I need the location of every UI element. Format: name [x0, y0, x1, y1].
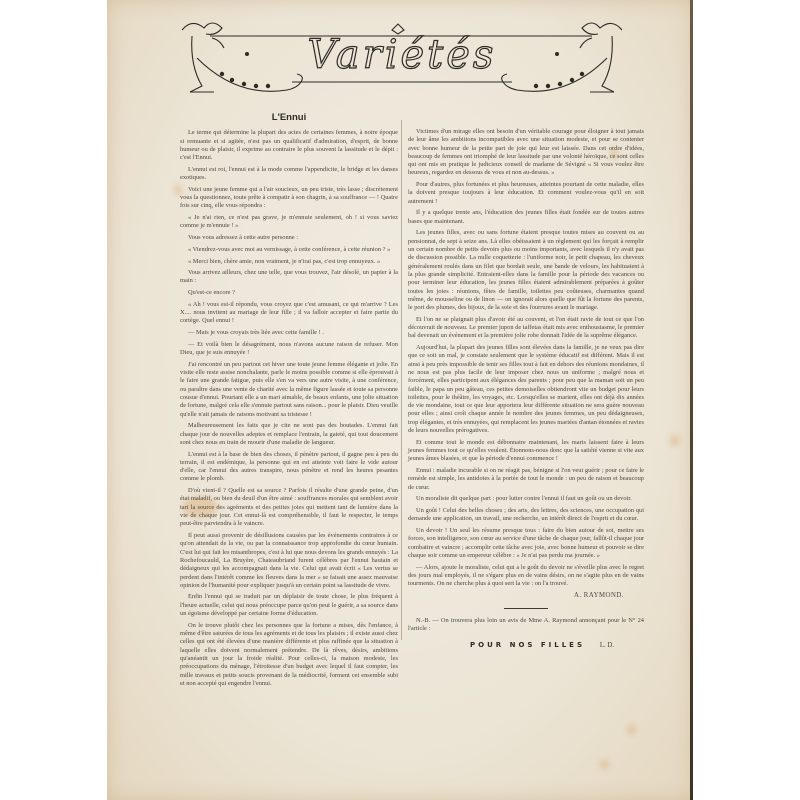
article-paragraph: Qu'est-ce encore ?	[180, 289, 398, 297]
article-paragraph: Vous vous adressez à cette autre personn…	[180, 234, 398, 242]
section-title: Variétés	[152, 32, 652, 78]
article-paragraph: L'ennui est roi, l'ennui est à la mode c…	[180, 166, 398, 183]
announced-article-title: POUR NOS FILLES	[470, 641, 585, 649]
article-paragraph: « Viendrez-vous avec moi au vernissage, …	[180, 246, 398, 254]
paper-stain	[600, 760, 609, 769]
article-paragraph: Voici une jeune femme qui a l'air soucie…	[180, 186, 398, 211]
article-paragraph: Et comme tout le monde est débonnaire ma…	[408, 439, 644, 464]
author-signature: A. RAYMOND.	[408, 592, 624, 600]
note-signature: L. D.	[600, 642, 614, 650]
article-paragraph: Ennui : maladie incurable si on ne réagi…	[408, 467, 644, 492]
article-paragraph: Malheureusement les faits que je cite ne…	[180, 422, 398, 447]
article-paragraph: — Alors, ajoute le moraliste, celui qui …	[408, 564, 644, 589]
article-paragraph: Et l'on ne se plaignait plus d'avoir été…	[408, 316, 644, 341]
newspaper-page: Variétés L'Ennui Le terme qui détermine …	[107, 0, 693, 800]
article-title: L'Ennui	[180, 114, 398, 122]
article-paragraph: On le trouve plutôt chez les personnes q…	[180, 622, 398, 688]
article-paragraph: « Ah ! vous est-il répondu, vous croyez …	[180, 301, 398, 326]
paper-stain	[627, 725, 636, 734]
article-paragraph: Un moraliste dit quelque part : pour lut…	[408, 495, 644, 503]
article-paragraph: Enfin l'ennui qui se traduit par un dépl…	[180, 593, 398, 618]
article-paragraph: — Et voilà bien le désagrément, nous n'a…	[180, 341, 398, 358]
editor-note: N.-B. — On trouvera plus loin un avis de…	[408, 617, 644, 634]
article-paragraph: J'ai rencontré un peu partout cet hiver …	[180, 361, 398, 419]
article-paragraph: L'ennui est à la base de bien des choses…	[180, 451, 398, 484]
article-paragraph: « Merci bien, chère amie, non vraiment, …	[180, 258, 398, 266]
article-paragraph: « Je n'ai rien, ce n'est pas grave, je m…	[180, 214, 398, 231]
article-paragraph: Les jeunes filles, avec ou sans fortune …	[408, 229, 644, 312]
article-paragraph: Un goût ! Celui des belles choses ; des …	[408, 507, 644, 524]
column-divider	[401, 120, 402, 640]
article-paragraph: Vous arrivez ailleurs, chez une telle, q…	[180, 269, 398, 286]
article-paragraph: Le terme qui détermine la plupart des ac…	[180, 129, 398, 162]
article-paragraph: Aujourd'hui, la plupart des jeunes fille…	[408, 344, 644, 435]
article-paragraph: Il y a quelque trente ans, l'éducation d…	[408, 209, 644, 226]
paper-stain	[670, 435, 679, 446]
article-paragraph: Pour d'autres, plus fortunées et plus he…	[408, 181, 644, 206]
article-paragraph: D'où vient-il ? Quelle est sa source ? P…	[180, 487, 398, 528]
article-left-column: L'Ennui Le terme qui détermine la plupar…	[180, 108, 398, 692]
article-paragraph: Victimes d'un mirage elles ont besoin d'…	[408, 128, 644, 178]
article-paragraph: — Mais je vous croyais très liée avec ce…	[180, 329, 398, 337]
separator-line	[504, 608, 548, 609]
article-paragraph: Il peut aussi provenir de désillusions c…	[180, 532, 398, 590]
article-right-column: Victimes d'un mirage elles ont besoin d'…	[408, 128, 644, 650]
article-paragraph: Un devoir ! Un seul les résume presque t…	[408, 527, 644, 560]
section-header: Variétés	[152, 18, 652, 98]
